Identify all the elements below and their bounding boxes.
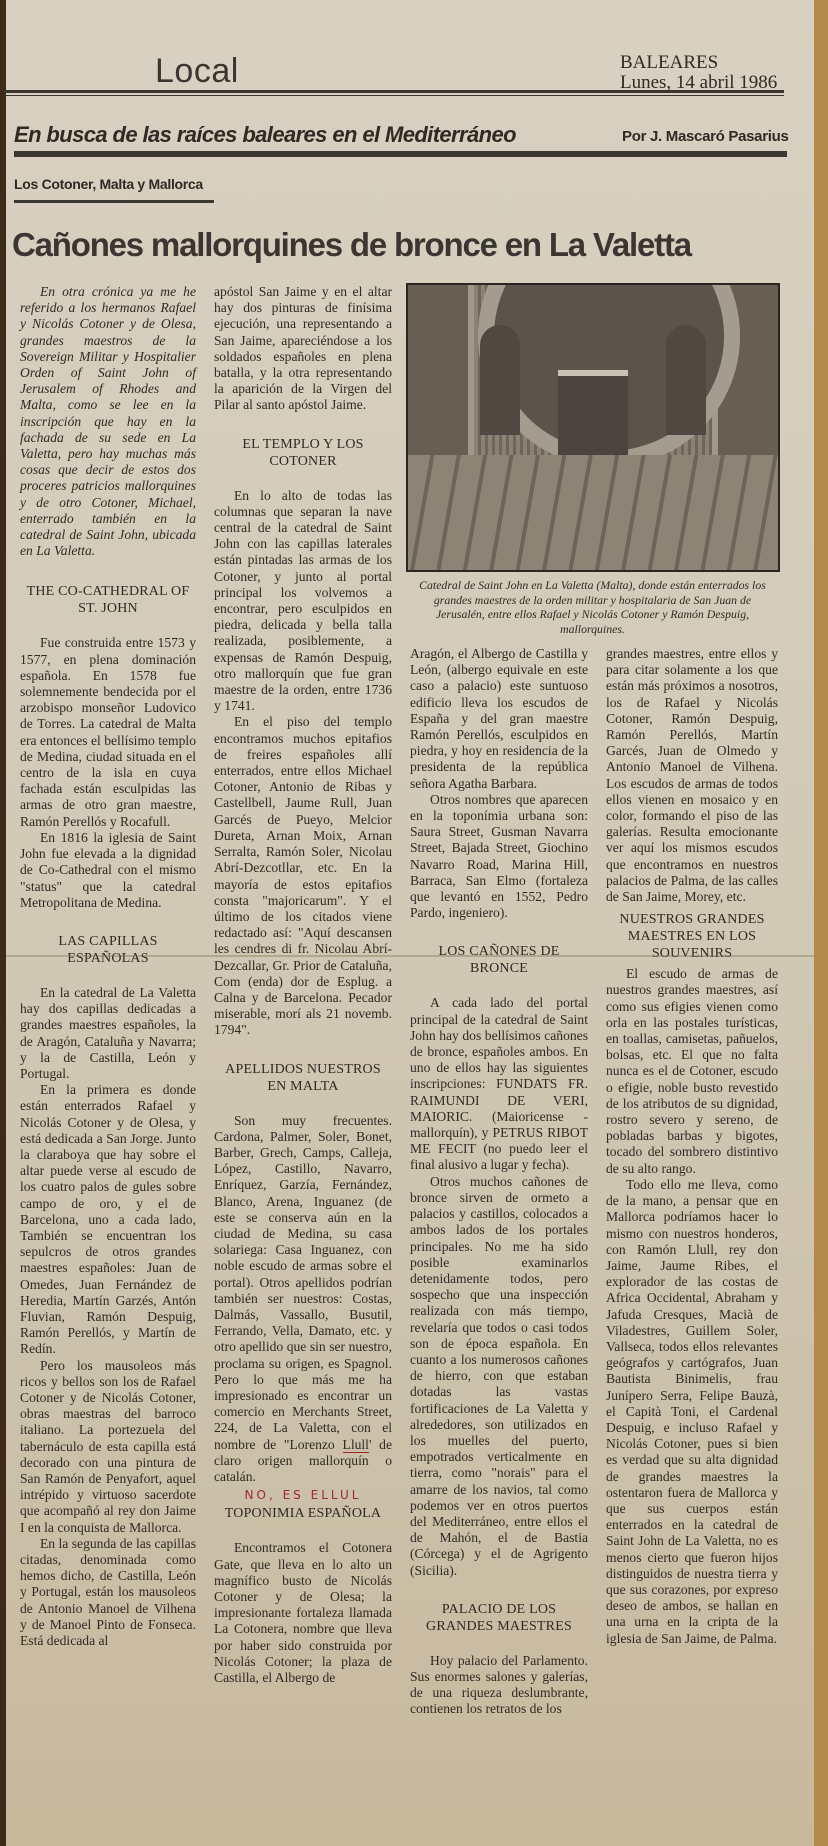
- masthead-rule: [4, 90, 784, 93]
- body-paragraph: A cada lado del portal principal de la c…: [410, 995, 588, 1173]
- headline: Cañones mallorquines de bronce en La Val…: [12, 226, 691, 264]
- body-paragraph: Otros muchos cañones de bronce sirven de…: [410, 1174, 588, 1579]
- subhead-apellidos: APELLIDOS NUESTROS EN MALTA: [214, 1061, 392, 1095]
- photo-pillar-left: [408, 285, 474, 460]
- photo-floor: [408, 455, 778, 570]
- body-paragraph: Aragón, el Albergo de Castilla y León, (…: [410, 646, 588, 792]
- paper-fold-line: [6, 955, 814, 957]
- subhead-canones: LOS CAÑONES DE BRONCE: [410, 943, 588, 977]
- photo-arch-right: [666, 325, 706, 435]
- body-paragraph: En la primera es donde están enterrados …: [20, 1082, 196, 1357]
- body-paragraph: Pero los mausoleos más ricos y bellos so…: [20, 1358, 196, 1536]
- body-text: Son muy frecuentes. Cardona, Palmer, Sol…: [214, 1113, 392, 1452]
- body-paragraph: Todo ello me lleva, como de la mano, a p…: [606, 1177, 778, 1647]
- body-paragraph: Hoy palacio del Parlamento. Sus enormes …: [410, 1653, 588, 1718]
- article-column-3: Aragón, el Albergo de Castilla y León, (…: [410, 646, 588, 1718]
- body-paragraph: Son muy frecuentes. Cardona, Palmer, Sol…: [214, 1113, 392, 1486]
- article-column-4: grandes maestres, entre ellos y para cit…: [606, 646, 778, 1647]
- body-paragraph: En la segunda de las capillas citadas, d…: [20, 1536, 196, 1649]
- body-paragraph: grandes maestres, entre ellos y para cit…: [606, 646, 778, 905]
- kicker: Los Cotoner, Malta y Mallorca: [14, 176, 203, 192]
- article-column-2: apóstol San Jaime y en el altar hay dos …: [214, 284, 392, 1686]
- article-column-1: En otra crónica ya me he referido a los …: [20, 284, 196, 1649]
- cathedral-photo: [406, 283, 780, 572]
- intro-paragraph: En otra crónica ya me he referido a los …: [20, 284, 196, 559]
- byline: Por J. Mascaró Pasarius: [622, 128, 789, 145]
- body-paragraph: El escudo de armas de nuestros grandes m…: [606, 966, 778, 1177]
- body-paragraph: Otros nombres que aparecen en la toponím…: [410, 792, 588, 922]
- body-paragraph: Encontramos el Cotonera Gate, que lleva …: [214, 1540, 392, 1686]
- body-paragraph: En el piso del templo encontramos muchos…: [214, 714, 392, 1038]
- body-paragraph: En la catedral de La Valetta hay dos cap…: [20, 985, 196, 1082]
- handwritten-annotation: NO, ES ELLUL: [214, 1487, 392, 1503]
- subhead-templo: EL TEMPLO Y LOS COTONER: [214, 436, 392, 470]
- body-paragraph: apóstol San Jaime y en el altar hay dos …: [214, 284, 392, 414]
- subhead-co-cathedral: THE CO-CATHEDRAL OF ST. JOHN: [20, 583, 196, 617]
- series-title: En busca de las raíces baleares en el Me…: [14, 122, 516, 148]
- section-label: Local: [155, 52, 239, 91]
- photo-altar: [558, 370, 628, 466]
- photo-caption: Catedral de Saint John en La Valetta (Ma…: [410, 578, 775, 636]
- body-paragraph: En 1816 la iglesia de Saint John fue ele…: [20, 830, 196, 911]
- subhead-capillas: LAS CAPILLAS ESPAÑOLAS: [20, 933, 196, 967]
- subhead-toponimia: TOPONIMIA ESPAÑOLA: [214, 1505, 392, 1522]
- masthead-rule-thin: [4, 95, 784, 96]
- newspaper-name: BALEARES: [620, 54, 718, 72]
- body-paragraph: En lo alto de todas las columnas que sep…: [214, 488, 392, 715]
- subhead-palacio: PALACIO DE LOS GRANDES MAESTRES: [410, 1601, 588, 1635]
- underlined-name: Llull: [343, 1437, 369, 1453]
- body-paragraph: Fue construida entre 1573 y 1577, en ple…: [20, 635, 196, 829]
- series-rule: [14, 151, 787, 157]
- kicker-rule: [14, 200, 214, 203]
- photo-arch-left: [480, 325, 520, 435]
- scan-right-edge: [814, 0, 828, 1846]
